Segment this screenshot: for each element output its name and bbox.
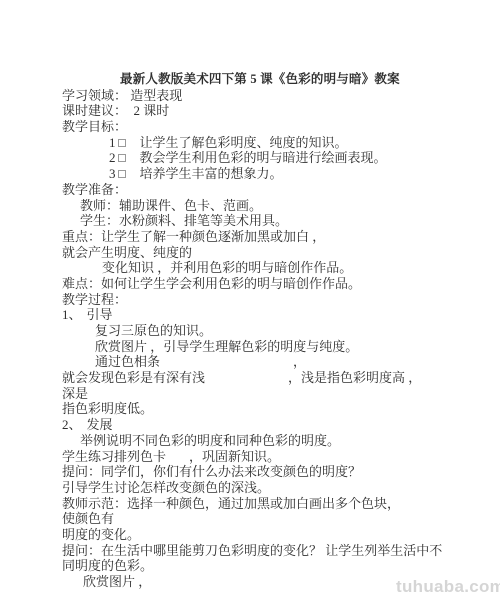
doc-text: 明度的变化。 bbox=[62, 527, 140, 542]
missing-glyph-box-icon bbox=[118, 154, 126, 162]
doc-line: 教师：辅助课件、色卡、范画。 bbox=[62, 198, 458, 214]
doc-line: 通过色相条， bbox=[62, 354, 458, 370]
doc-line: 变化知识 ，并利用色彩的明与暗创作作品。 bbox=[62, 260, 458, 276]
doc-text: 教学过程： bbox=[62, 292, 127, 307]
doc-line: 指色彩明度低。 bbox=[62, 401, 458, 417]
doc-text: 难点：如何让学生学会利用色彩的明与暗创作作品。 bbox=[62, 276, 361, 291]
doc-text: 1 bbox=[109, 135, 116, 150]
missing-glyph-box-icon bbox=[118, 139, 126, 147]
doc-text: 深是 bbox=[62, 386, 88, 401]
doc-line: 3培养学生丰富的想象力。 bbox=[62, 166, 458, 182]
spacer bbox=[160, 365, 293, 366]
doc-line: 提问：在生活中哪里能剪刀色彩明度的变化？ 让学生列举生活中不 bbox=[62, 543, 458, 559]
doc-text: 发展 bbox=[87, 417, 113, 432]
doc-text: 2、 bbox=[62, 417, 82, 432]
doc-text: 重点：让学生了解一种颜色逐渐加黑或加白 ， bbox=[62, 229, 325, 244]
doc-text: ， bbox=[293, 354, 306, 369]
doc-text: 复习三原色的知识。 bbox=[95, 323, 212, 338]
doc-line: 教学准备： bbox=[62, 182, 458, 198]
doc-text: 学生：水粉颜料、排笔等美术用具。 bbox=[80, 213, 288, 228]
doc-line: 明度的变化。 bbox=[62, 527, 458, 543]
doc-line: 教学目标： bbox=[62, 119, 458, 135]
doc-text: 引导 bbox=[87, 307, 113, 322]
doc-text: 提问：在生活中哪里能剪刀色彩明度的变化？ 让学生列举生活中不 bbox=[62, 543, 442, 558]
doc-text: 让学生了解色彩明度、纯度的知识。 bbox=[140, 135, 348, 150]
doc-text: 举例说明不同色彩的明度和同种色彩的明度。 bbox=[80, 433, 340, 448]
doc-line: 举例说明不同色彩的明度和同种色彩的明度。 bbox=[62, 433, 458, 449]
doc-text: 就会产生明度、纯度的 bbox=[62, 245, 192, 260]
spacer bbox=[127, 161, 140, 162]
doc-line: 教学过程： bbox=[62, 292, 458, 308]
doc-line: 复习三原色的知识。 bbox=[62, 323, 458, 339]
doc-line: 1、引导 bbox=[62, 307, 458, 323]
document-page: 最新人教版美术四下第 5 课《色彩的明与暗》教案学习领域： 造型表现课时建议： … bbox=[0, 0, 500, 607]
doc-line: 教师示范：选择一种颜色，通过加黑或加白画出多个色块， bbox=[62, 496, 458, 512]
doc-line: 重点：让学生了解一种颜色逐渐加黑或加白 ， bbox=[62, 229, 458, 245]
doc-text: 使颜色有 bbox=[62, 511, 114, 526]
spacer bbox=[127, 146, 140, 147]
doc-text: 欣赏图片 ， bbox=[83, 574, 151, 589]
spacer bbox=[127, 177, 140, 178]
doc-line: 就会发现色彩是有深有浅，浅是指色彩明度高 ， bbox=[62, 370, 458, 386]
doc-text: 指色彩明度低。 bbox=[62, 401, 153, 416]
doc-text: 教学准备： bbox=[62, 182, 127, 197]
doc-line: 引导学生讨论怎样改变颜色的深浅。 bbox=[62, 480, 458, 496]
doc-line: 深是 bbox=[62, 386, 458, 402]
doc-text: 最新人教版美术四下第 5 课《色彩的明与暗》教案 bbox=[120, 72, 400, 86]
doc-line: 提问：同学们，你们有什么办法来改变颜色的明度？ bbox=[62, 464, 458, 480]
missing-glyph-box-icon bbox=[118, 170, 126, 178]
document-body: 最新人教版美术四下第 5 课《色彩的明与暗》教案学习领域： 造型表现课时建议： … bbox=[62, 72, 458, 590]
doc-text: 教会学生利用色彩的明与暗进行绘画表现。 bbox=[140, 150, 387, 165]
doc-line: 欣赏图片 ，引导学生理解色彩的明度与纯度。 bbox=[62, 339, 458, 355]
doc-line: 2教会学生利用色彩的明与暗进行绘画表现。 bbox=[62, 150, 458, 166]
doc-text: 2 bbox=[109, 150, 116, 165]
doc-text: 同明度的色彩。 bbox=[62, 558, 153, 573]
doc-text: 通过色相条 bbox=[95, 354, 160, 369]
doc-line: 2、发展 bbox=[62, 417, 458, 433]
doc-line: 就会产生明度、纯度的 bbox=[62, 245, 458, 261]
doc-text: 3 bbox=[109, 166, 116, 181]
doc-text: 提问：同学们，你们有什么办法来改变颜色的明度？ bbox=[62, 464, 361, 479]
doc-text: 教师：辅助课件、色卡、范画。 bbox=[80, 198, 262, 213]
doc-text: 教学目标： bbox=[62, 119, 127, 134]
doc-line: 学习领域： 造型表现 bbox=[62, 88, 458, 104]
doc-line: 1让学生了解色彩明度、纯度的知识。 bbox=[62, 135, 458, 151]
doc-title-line: 最新人教版美术四下第 5 课《色彩的明与暗》教案 bbox=[62, 72, 458, 88]
doc-line: 难点：如何让学生学会利用色彩的明与暗创作作品。 bbox=[62, 276, 458, 292]
doc-line: 课时建议： 2 课时 bbox=[62, 103, 458, 119]
doc-text: 就会发现色彩是有深有浅 bbox=[62, 370, 205, 385]
doc-line: 使颜色有 bbox=[62, 511, 458, 527]
doc-text: 培养学生丰富的想象力。 bbox=[140, 166, 283, 181]
doc-text: 课时建议： 2 课时 bbox=[62, 103, 169, 118]
doc-text: 变化知识 ，并利用色彩的明与暗创作作品。 bbox=[102, 260, 352, 275]
doc-line: 学生：水粉颜料、排笔等美术用具。 bbox=[62, 213, 458, 229]
doc-text: ，巩固新知识。 bbox=[189, 449, 280, 464]
doc-text: 学习领域： 造型表现 bbox=[62, 88, 182, 103]
doc-line: 学生练习排列色卡，巩固新知识。 bbox=[62, 449, 458, 465]
doc-text: 引导学生讨论怎样改变颜色的深浅。 bbox=[62, 480, 270, 495]
doc-text: 欣赏图片 ，引导学生理解色彩的明度与纯度。 bbox=[95, 339, 358, 354]
doc-text: 教师示范：选择一种颜色，通过加黑或加白画出多个色块， bbox=[62, 496, 400, 511]
doc-text: ，浅是指色彩明度高 ， bbox=[288, 370, 421, 385]
doc-text: 1、 bbox=[62, 307, 82, 322]
doc-line: 同明度的色彩。 bbox=[62, 558, 458, 574]
spacer bbox=[166, 460, 189, 461]
spacer bbox=[205, 381, 288, 382]
doc-text: 学生练习排列色卡 bbox=[62, 449, 166, 464]
watermark: tuhuaba.com bbox=[396, 577, 500, 597]
